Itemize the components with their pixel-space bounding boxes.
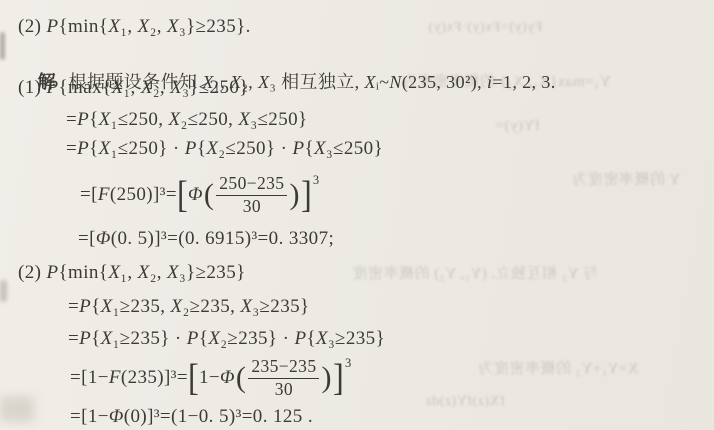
bleedthrough-text: X=Y₁+Y₂ 的概率密度为 [478, 357, 639, 378]
part1-line1: (1) P{max{X₁, X₂, X₃}≤250} [18, 76, 249, 100]
fraction-numerator: 235−235 [248, 357, 319, 379]
open-bracket: [ [177, 176, 188, 214]
fraction-denominator: 30 [275, 379, 293, 400]
fraction: 250−23530 [216, 174, 287, 216]
close-bracket: ] [333, 359, 344, 397]
bleedthrough-text: Y 的概率密度为 [572, 168, 680, 189]
part1-line4: =[F(250)]³=[Φ(250−23530)]3 [80, 170, 320, 220]
part1-line2: =P{X₁≤250, X₂≤250, X₃≤250} [66, 108, 308, 132]
bleedthrough-text: fX(z)fY(z)dz [425, 394, 505, 410]
part1-line5: =[Φ(0. 5)]³=(0. 6915)³=0. 3307; [78, 227, 334, 251]
close-bracket: ] [301, 176, 312, 214]
close-paren: ) [321, 363, 331, 393]
fraction-numerator: 250−235 [216, 174, 287, 196]
part2-line3: =P{X₁≥235} · P{X₂≥235} · P{X₃≥235} [68, 327, 385, 351]
part1-line3: =P{X₁≤250} · P{X₂≤250} · P{X₃≤250} [66, 137, 383, 161]
open-paren: ( [204, 180, 214, 210]
part2-line5: =[1−Φ(0)]³=(1−0. 5)³=0. 125 . [70, 405, 313, 429]
fraction-denominator: 30 [243, 196, 261, 217]
problem-part2-statement: (2) P{min{X₁, X₂, X₃}≥235}. [18, 15, 251, 39]
phi-function: 1−Φ [199, 367, 235, 389]
bleedthrough-text: Fy(y)=Fx(y)·Fx(y) [428, 20, 542, 36]
part2-line4: =[1−F(235)]³=[1−Φ(235−23530)]3 [70, 353, 352, 403]
phi-function: Φ [188, 184, 203, 206]
equation-prefix: =[F(250)]³= [80, 184, 177, 206]
scan-smudge [0, 32, 5, 60]
close-paren: ) [289, 180, 299, 210]
exponent: 3 [313, 173, 320, 188]
scan-smudge [0, 280, 7, 302]
bleedthrough-text: fY(y)= [495, 118, 540, 135]
scan-smudge [0, 396, 34, 422]
equation-prefix: =[1−F(235)]³= [70, 367, 188, 389]
textbook-page: Fy(y)=Fx(y)·Fx(y) Y₁=max{X₁, X₂} 的概率密度为 … [0, 0, 714, 430]
part2-line1: (2) P{min{X₁, X₂, X₃}≥235} [18, 261, 246, 285]
exponent: 3 [345, 356, 352, 371]
bleedthrough-text: 与 Y₂ 相互独立. (Y₁, Y₂) 的概率密度 [352, 262, 598, 283]
part2-line2: =P{X₁≥235, X₂≥235, X₃≥235} [68, 295, 310, 319]
fraction: 235−23530 [248, 357, 319, 399]
open-paren: ( [236, 363, 246, 393]
open-bracket: [ [188, 359, 199, 397]
